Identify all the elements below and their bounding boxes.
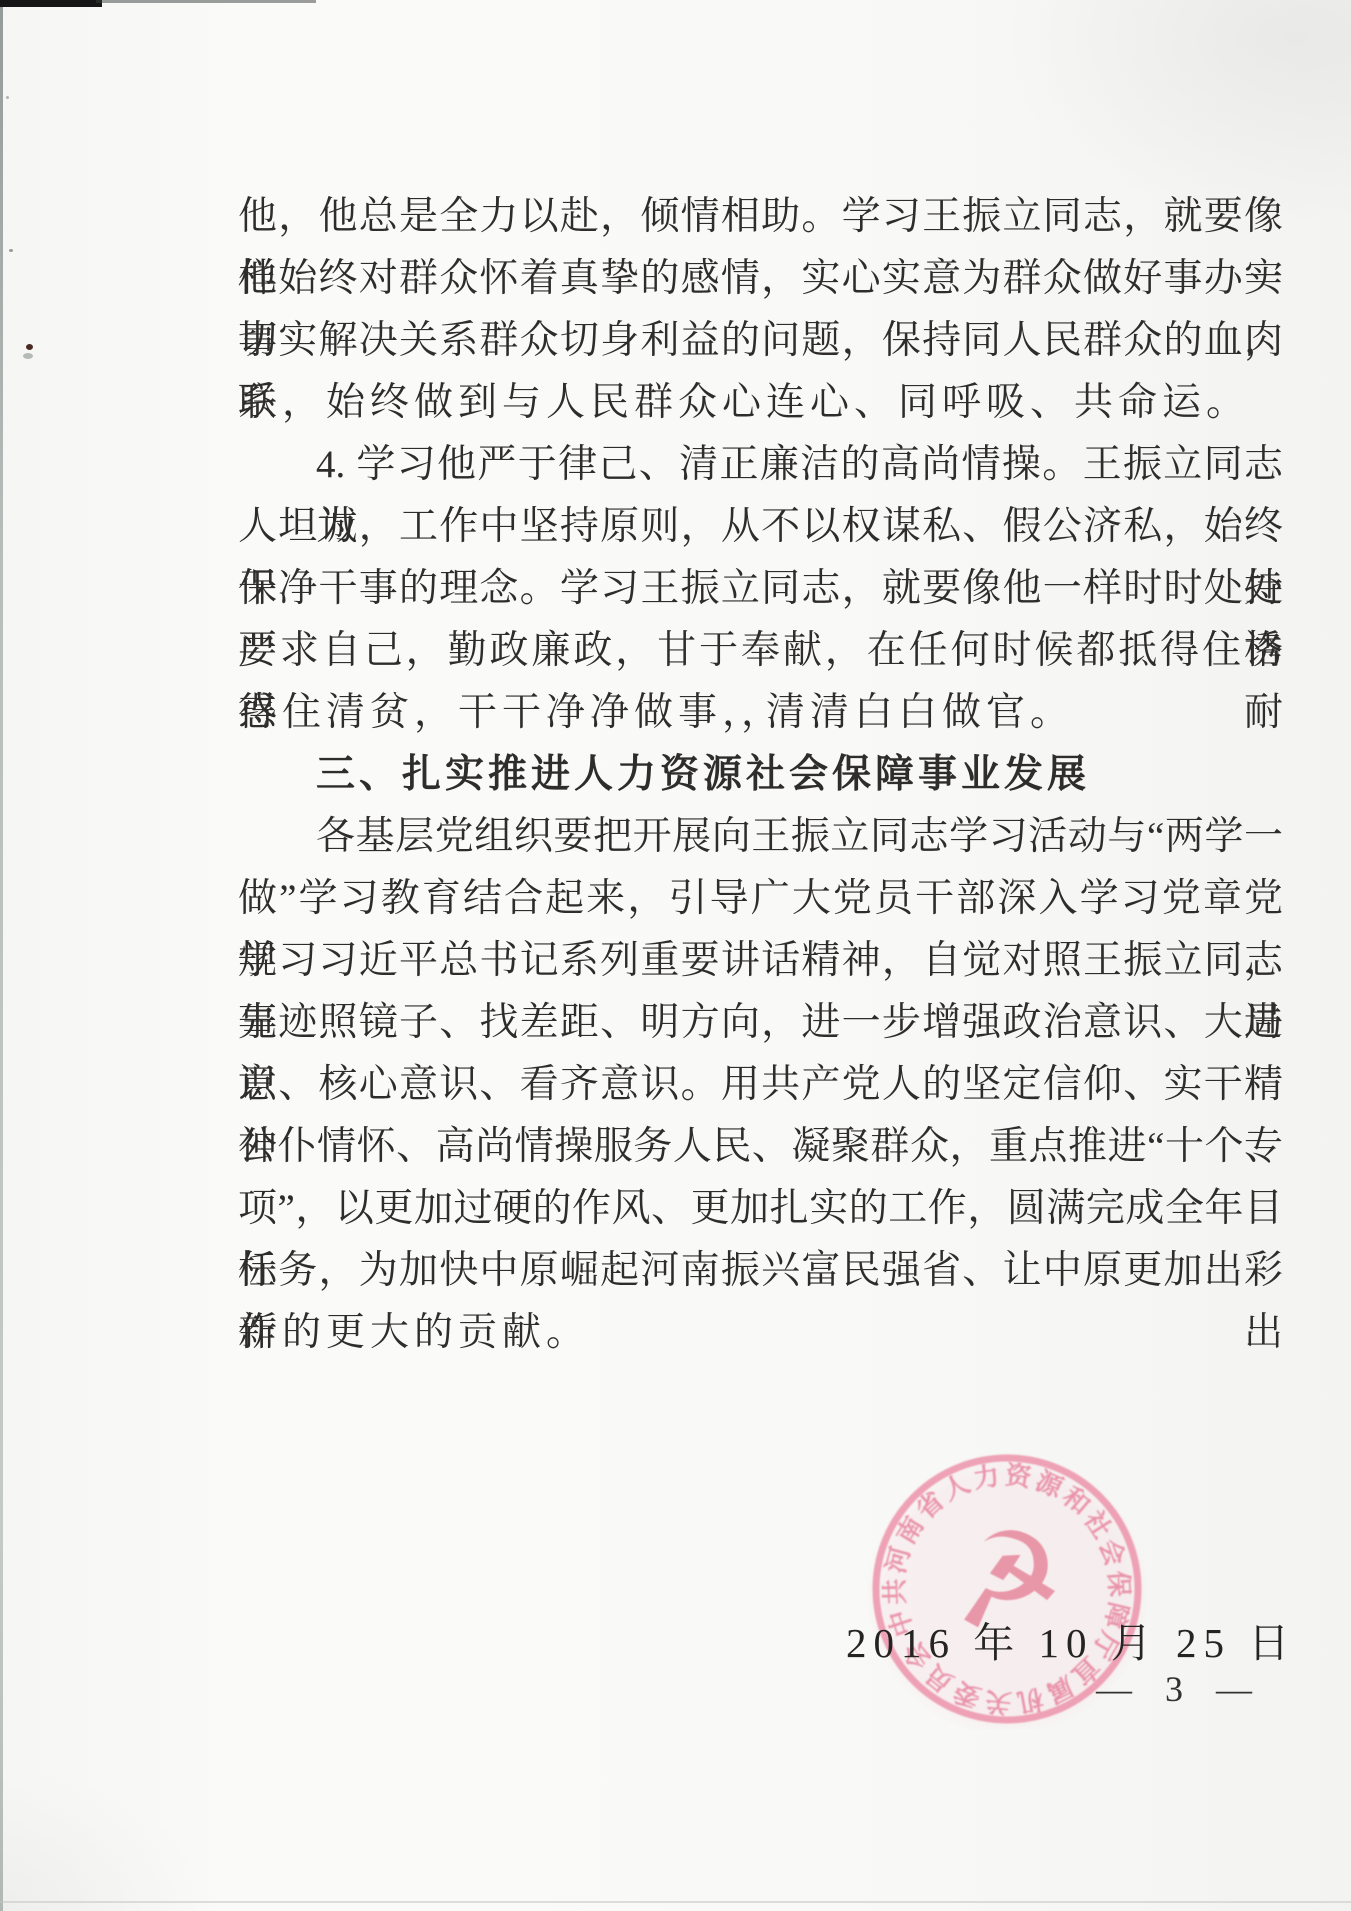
text-line: 他，他总是全力以赴，倾情相助。学习王振立同志，就要像他一 (238, 186, 1283, 248)
text-line: 要求自己，勤政廉政，甘于奉献，在任何时候都抵得住诱惑，耐 (238, 620, 1283, 682)
ink-speck (9, 249, 13, 252)
ink-speck (26, 344, 33, 350)
section-heading: 三、扎实推进人力资源社会保障事业发展 (238, 744, 1283, 806)
text-line: 项”，以更加过硬的作风、更加扎实的工作，圆满完成全年目标 (238, 1178, 1283, 1240)
text-line: 公仆情怀、高尚情操服务人民、凝聚群众，重点推进“十个专 (238, 1116, 1283, 1178)
scan-edge-artifact (0, 0, 3, 1911)
document-body-text: 他，他总是全力以赴，倾情相助。学习王振立同志，就要像他一样始终对群众怀着真挚的感… (238, 186, 1283, 1364)
page-number: — 3 — (1096, 1668, 1264, 1710)
scan-bottom-edge-artifact (0, 1901, 1351, 1903)
document-page: 他，他总是全力以赴，倾情相助。学习王振立同志，就要像他一样始终对群众怀着真挚的感… (0, 0, 1351, 1911)
document-date: 2016 年 10 月 25 日 (846, 1610, 1296, 1669)
text-line: 样始终对群众怀着真挚的感情，实心实意为群众做好事办实事， (238, 248, 1283, 310)
text-line: 任务，为加快中原崛起河南振兴富民强省、让中原更加出彩作出 (238, 1240, 1283, 1302)
text-line: 4. 学习他严于律己、清正廉洁的高尚情操。王振立同志为 (238, 434, 1283, 496)
ink-speck (6, 96, 9, 99)
text-line: 人坦诚，工作中坚持原则，从不以权谋私、假公济私，始终保持 (238, 496, 1283, 558)
text-line: 切实解决关系群众切身利益的问题，保持同人民群众的血肉联 (238, 310, 1283, 372)
ink-speck (23, 353, 33, 359)
text-line: 事迹照镜子、找差距、明方向，进一步增强政治意识、大局意 (238, 992, 1283, 1054)
scan-top-bar-artifact (96, 0, 316, 3)
scan-top-bar-artifact (0, 0, 102, 7)
text-line: 各基层党组织要把开展向王振立同志学习活动与“两学一 (238, 806, 1283, 868)
text-line: 系，始终做到与人民群众心连心、同呼吸、共命运。 (238, 372, 1283, 434)
text-line: 做”学习教育结合起来，引导广大党员干部深入学习党章党规， (238, 868, 1283, 930)
text-line: 干净干事的理念。学习王振立同志，就要像他一样时时处处严格 (238, 558, 1283, 620)
text-line: 学习习近平总书记系列重要讲话精神，自觉对照王振立同志先进 (238, 930, 1283, 992)
text-line: 识、核心意识、看齐意识。用共产党人的坚定信仰、实干精神、 (238, 1054, 1283, 1116)
